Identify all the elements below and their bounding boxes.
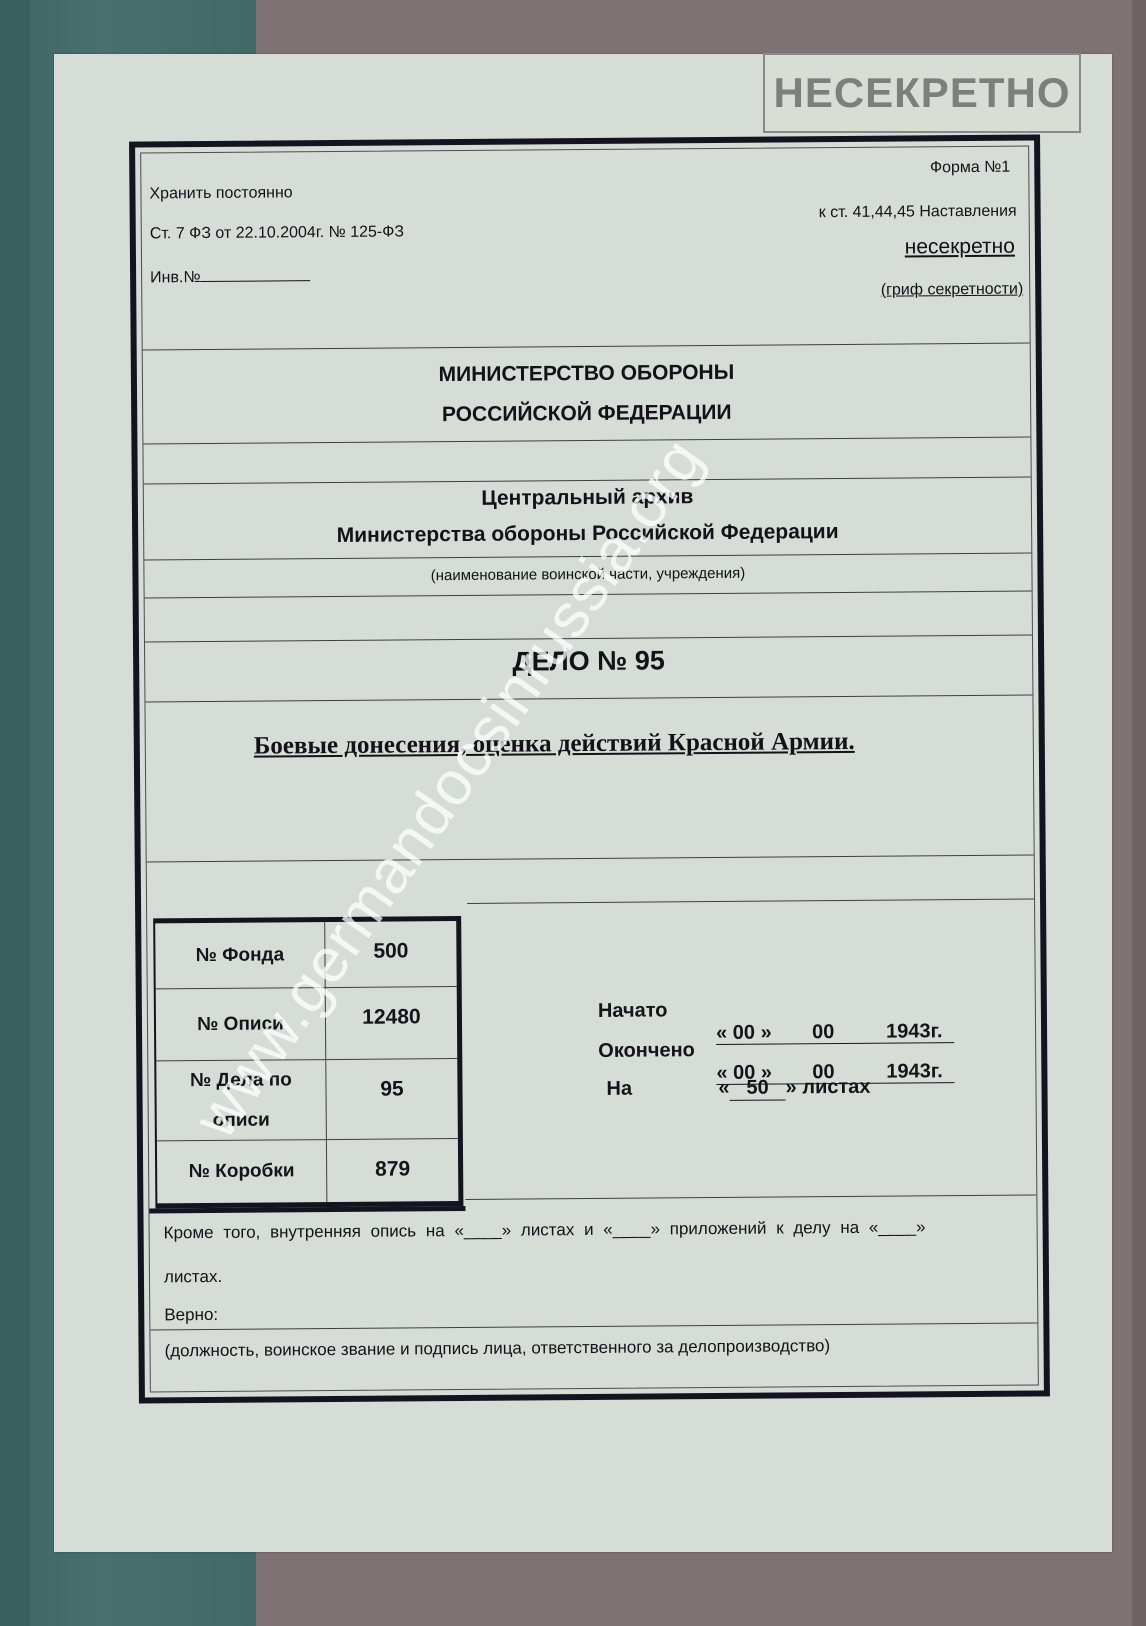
- legal-reference: Ст. 7 ФЗ от 22.10.2004г. № 125-ФЗ: [150, 223, 404, 243]
- archive-caption: (наименование воинской части, учреждения…: [144, 563, 1031, 587]
- ended-label: Окончено: [598, 1039, 695, 1062]
- fund-label: № Фонда: [155, 922, 326, 989]
- sheets-count: 50: [730, 1076, 786, 1100]
- case-title: ДЕЛО № 95: [145, 643, 1032, 681]
- divider: [145, 635, 1032, 643]
- started-day: « 00 »: [716, 1022, 772, 1045]
- inventory-label: Инв.№: [150, 269, 201, 286]
- divider: [147, 855, 1034, 863]
- cover-edge: [1132, 0, 1146, 1626]
- divider: [467, 899, 1034, 904]
- classification-caption: (гриф секретности): [881, 281, 1024, 300]
- archive-line1: Центральный архив: [144, 483, 1031, 514]
- additional-inventory: Кроме того, внутренняя опись на «____» л…: [164, 1217, 926, 1243]
- ministry-line1: МИНИСТЕРСТВО ОБОРОНЫ: [143, 359, 1030, 390]
- sheets-row: На «50» листах: [606, 1078, 632, 1101]
- divider: [144, 553, 1031, 561]
- case-subject: Боевые донесения, оценка действий Красно…: [254, 728, 855, 761]
- divider: [145, 695, 1032, 703]
- quote-open: «: [718, 1077, 729, 1099]
- binder-spine-edge: [0, 0, 30, 1626]
- regulation-reference: к ст. 41,44,45 Наставления: [819, 203, 1017, 223]
- additional-inventory-cont: листах.: [164, 1267, 222, 1287]
- divider: [145, 591, 1032, 599]
- divider: [143, 437, 1030, 445]
- classification-stamp: НЕСЕКРЕТНО: [763, 53, 1081, 133]
- inventory-value: 12480: [326, 987, 458, 1060]
- divider: [465, 1195, 1036, 1200]
- table-bottom-border: [149, 1206, 465, 1213]
- storage-term: Хранить постоянно: [149, 184, 292, 203]
- verified-label: Верно:: [164, 1305, 218, 1325]
- ended-row: Окончено « 00 » 00 1943г.: [598, 1039, 695, 1063]
- inventory-blank: [200, 266, 310, 282]
- sheets-field: «50» листах: [718, 1076, 870, 1101]
- form-inner-frame: Хранить постоянно Ст. 7 ФЗ от 22.10.2004…: [140, 146, 1039, 1393]
- inventory-number: Инв.№: [150, 266, 311, 287]
- started-row: Начато « 00 » 00 1943г.: [598, 999, 668, 1023]
- started-label: Начато: [598, 999, 668, 1022]
- fund-value: 500: [325, 921, 457, 988]
- classification-mark: несекретно: [905, 235, 1015, 260]
- started-field: « 00 » 00 1943г.: [716, 1020, 954, 1045]
- started-year: 1943г.: [886, 1020, 943, 1043]
- ended-year: 1943г.: [886, 1060, 943, 1083]
- sheets-suffix: » листах: [786, 1076, 871, 1099]
- box-label: № Коробки: [157, 1140, 327, 1203]
- divider: [150, 1322, 1037, 1330]
- case-number-value: 95: [326, 1059, 458, 1140]
- divider: [143, 343, 1030, 351]
- case-form: Хранить постоянно Ст. 7 ФЗ от 22.10.2004…: [129, 134, 1050, 1403]
- fund-table: № Фонда 500 № Описи 12480 № Дела по опис…: [153, 916, 463, 1208]
- box-value: 879: [327, 1139, 458, 1202]
- started-month: 00: [812, 1021, 834, 1044]
- form-number: Форма №1: [930, 159, 1011, 178]
- ministry-line2: РОССИЙСКОЙ ФЕДЕРАЦИИ: [143, 399, 1030, 430]
- archive-line2: Министерства обороны Российской Федераци…: [144, 519, 1031, 550]
- sheets-label: На: [606, 1078, 632, 1100]
- case-number-label: № Дела по описи: [156, 1060, 327, 1141]
- signature-caption: (должность, воинское звание и подпись ли…: [164, 1336, 830, 1361]
- inventory-label: № Описи: [156, 988, 327, 1061]
